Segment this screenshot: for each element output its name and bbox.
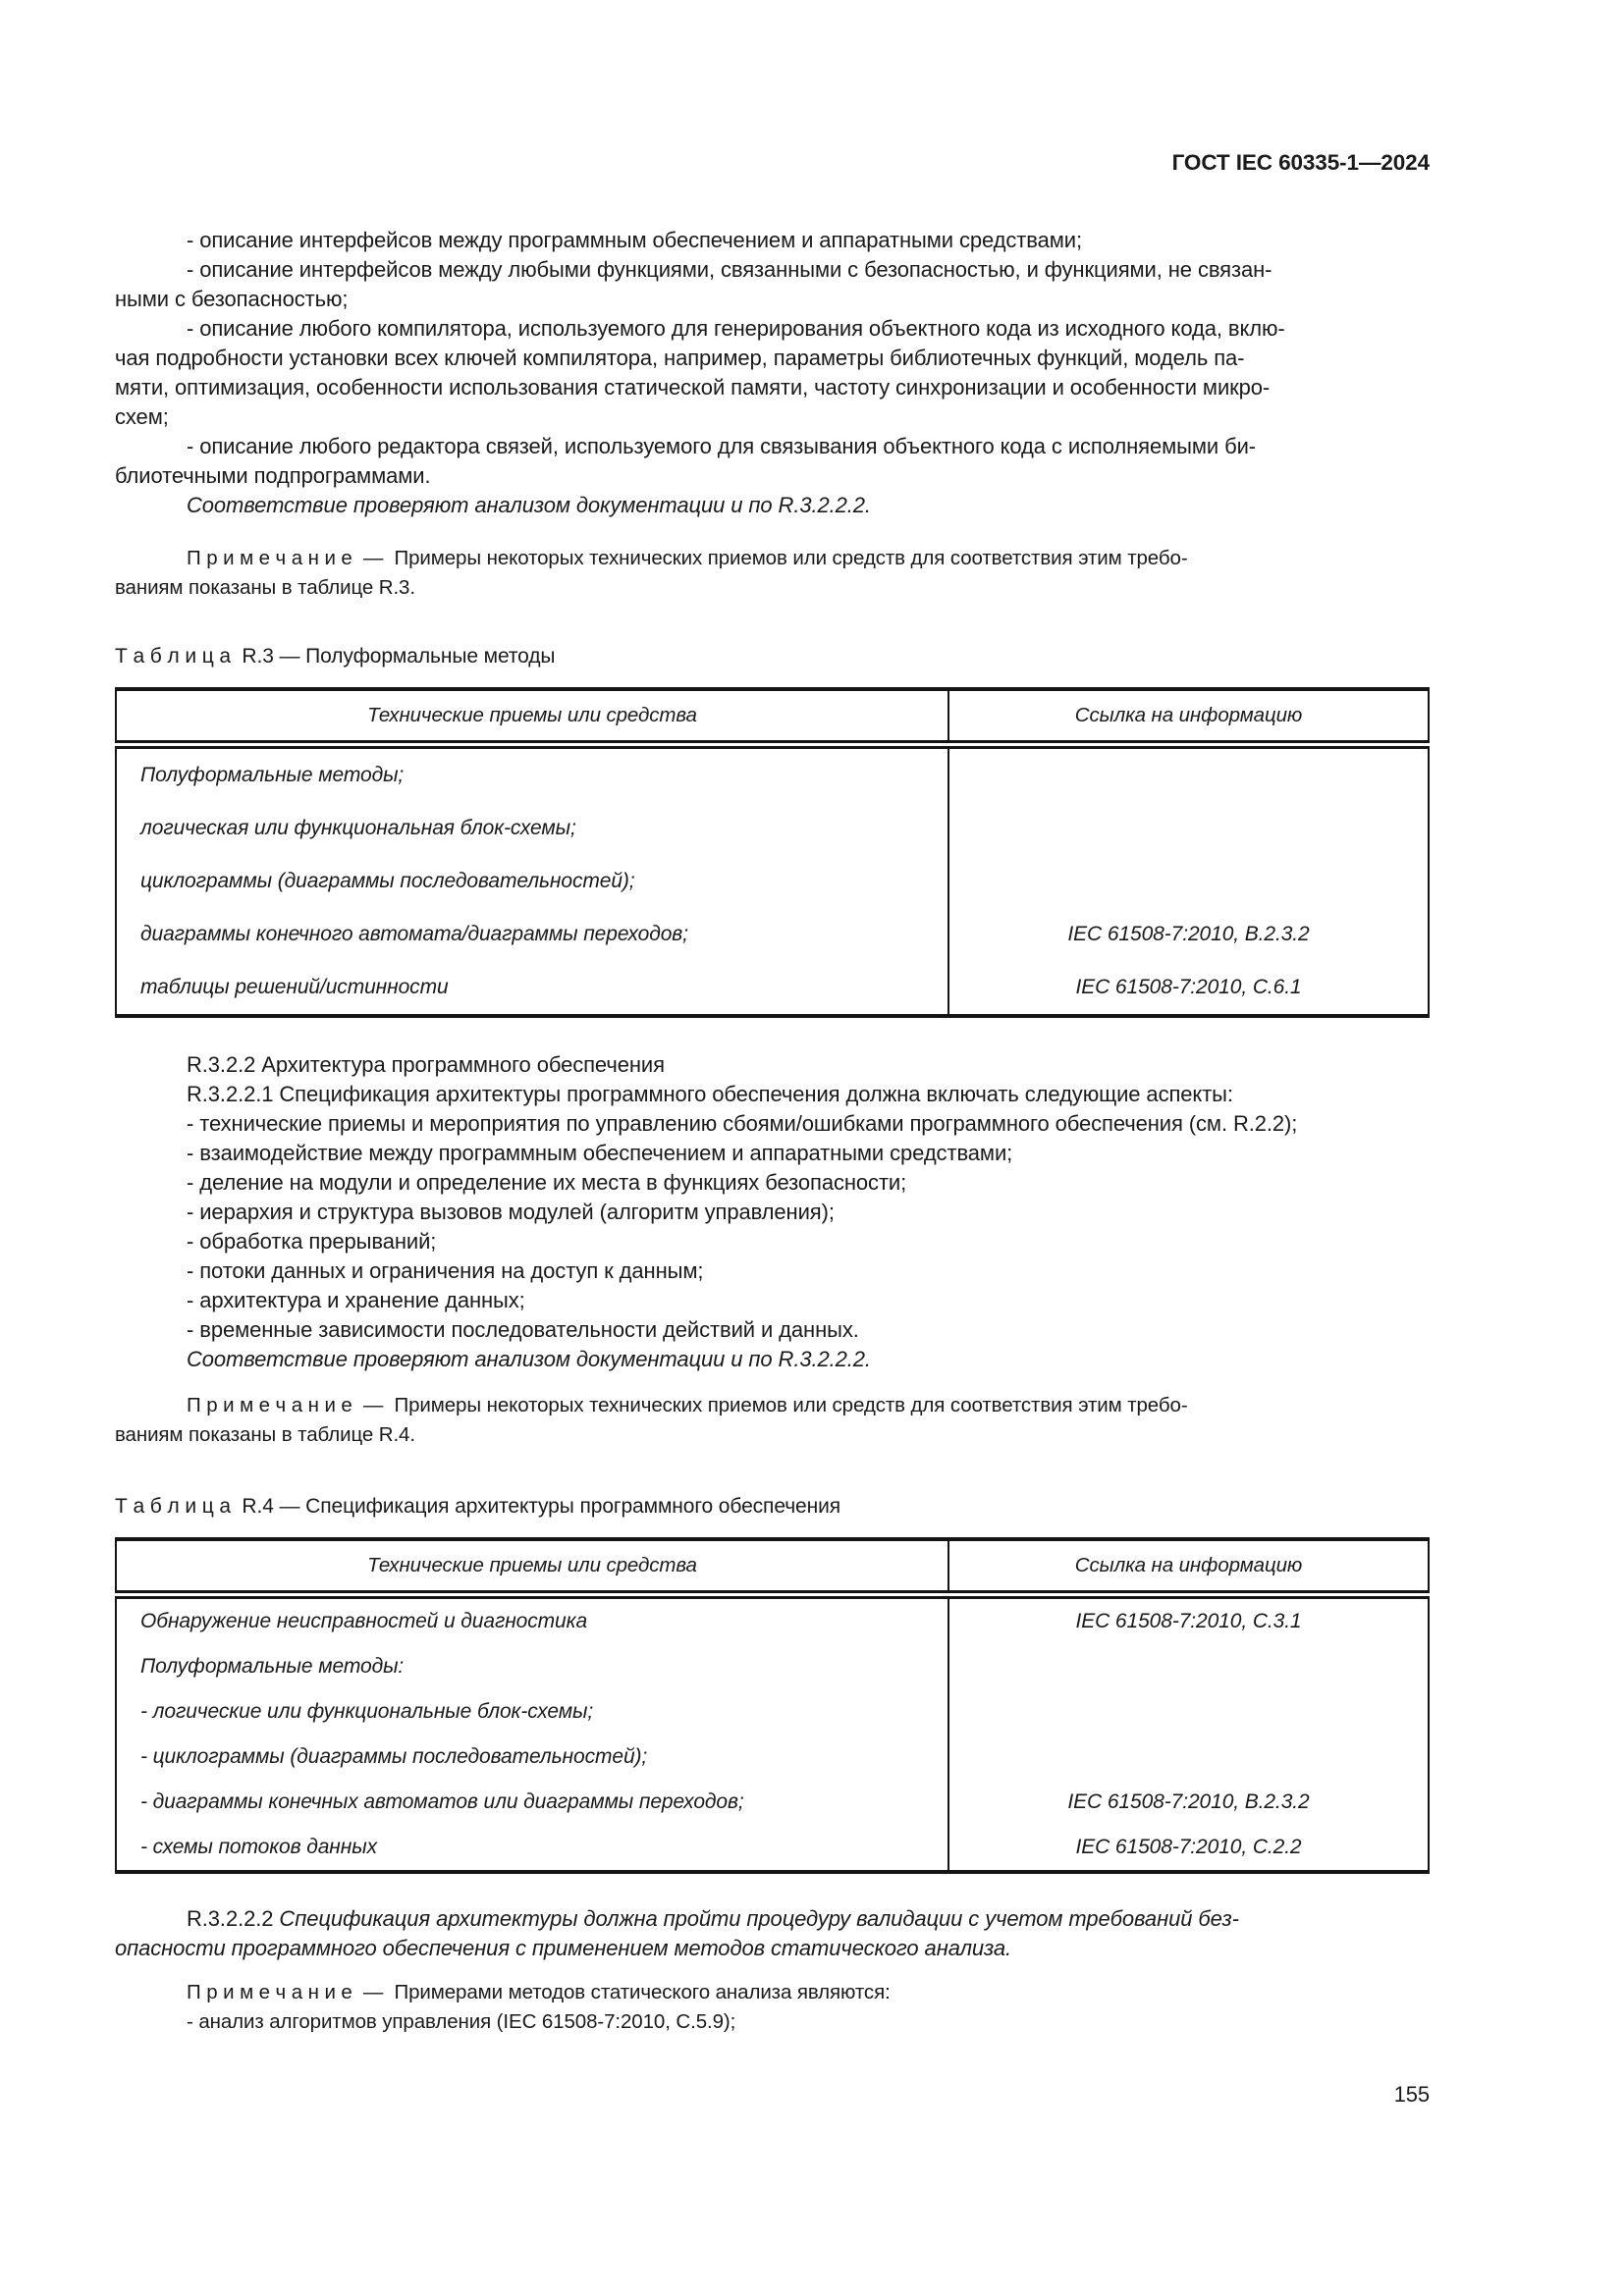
text-line: схем; <box>115 402 1430 432</box>
column-header-techniques: Технические приемы или средства <box>116 1539 948 1595</box>
table-row: Обнаружение неисправностей и диагностика… <box>116 1595 1429 1645</box>
text-line: чая подробности установки всех ключей ко… <box>115 344 1430 373</box>
note-1: П р и м е ч а н и е — Примеры некоторых … <box>115 544 1430 603</box>
reference-cell <box>948 802 1429 855</box>
reference-cell: IEC 61508-7:2010, B.2.3.2 <box>948 1780 1429 1825</box>
technique-cell: Полуформальные методы; <box>116 745 948 803</box>
reference-cell: IEC 61508-7:2010, C.2.2 <box>948 1825 1429 1872</box>
reference-cell <box>948 745 1429 803</box>
technique-cell: циклограммы (диаграммы последовательност… <box>116 855 948 908</box>
table-r4-caption: Т а б л и ц а R.4 — Спецификация архитек… <box>115 1492 1430 1522</box>
table-r4: Технические приемы или средства Ссылка н… <box>115 1537 1430 1874</box>
technique-cell: Обнаружение неисправностей и диагностика <box>116 1595 948 1645</box>
technique-cell: логическая или функциональная блок-схемы… <box>116 802 948 855</box>
text-line: Соответствие проверяют анализом документ… <box>115 1345 1430 1374</box>
text-line: П р и м е ч а н и е — Примерами методов … <box>115 1978 1430 2007</box>
column-header-techniques: Технические приемы или средства <box>116 689 948 745</box>
text-line: - анализ алгоритмов управления (IEC 6150… <box>115 2007 1430 2037</box>
technique-cell: - логические или функциональные блок-схе… <box>116 1689 948 1735</box>
table-r3-caption: Т а б л и ц а R.3 — Полуформальные метод… <box>115 642 1430 671</box>
technique-cell: - диаграммы конечных автоматов или диагр… <box>116 1780 948 1825</box>
clause-r3222-paragraph: R.3.2.2.2 Спецификация архитектуры должн… <box>115 1904 1430 1963</box>
technique-cell: Полуформальные методы: <box>116 1644 948 1689</box>
table-r3: Технические приемы или средства Ссылка н… <box>115 687 1430 1018</box>
text-line: мяти, оптимизация, особенности использов… <box>115 373 1430 402</box>
text-line: блиотечными подпрограммами. <box>115 461 1430 491</box>
text-line: R.3.2.2.2 Спецификация архитектуры должн… <box>115 1904 1430 1934</box>
table-row: - диаграммы конечных автоматов или диагр… <box>116 1780 1429 1825</box>
text-line: - иерархия и структура вызовов модулей (… <box>115 1198 1430 1227</box>
page-number: 155 <box>115 2080 1430 2109</box>
column-header-reference: Ссылка на информацию <box>948 689 1429 745</box>
text-line: R.3.2.2 Архитектура программного обеспеч… <box>115 1050 1430 1080</box>
text-line: ными с безопасностью; <box>115 285 1430 314</box>
text-line: - технические приемы и мероприятия по уп… <box>115 1109 1430 1139</box>
reference-cell: IEC 61508-7:2010, C.3.1 <box>948 1595 1429 1645</box>
reference-cell <box>948 1735 1429 1780</box>
text-line: - временные зависимости последовательнос… <box>115 1315 1430 1345</box>
text-line: П р и м е ч а н и е — Примеры некоторых … <box>115 544 1430 573</box>
text-line: - описание любого компилятора, используе… <box>115 314 1430 344</box>
table-row: таблицы решений/истинностиIEC 61508-7:20… <box>116 961 1429 1016</box>
note-3: П р и м е ч а н и е — Примерами методов … <box>115 1978 1430 2037</box>
table-row: диаграммы конечного автомата/диаграммы п… <box>116 908 1429 961</box>
reference-cell <box>948 855 1429 908</box>
text-line: - деление на модули и определение их мес… <box>115 1168 1430 1198</box>
table-row: - циклограммы (диаграммы последовательно… <box>116 1735 1429 1780</box>
reference-cell: IEC 61508-7:2010, B.2.3.2 <box>948 908 1429 961</box>
table-row: - схемы потоков данныхIEC 61508-7:2010, … <box>116 1825 1429 1872</box>
text-line: - описание интерфейсов между любыми функ… <box>115 255 1430 285</box>
technique-cell: - циклограммы (диаграммы последовательно… <box>116 1735 948 1780</box>
text-line: П р и м е ч а н и е — Примеры некоторых … <box>115 1391 1430 1420</box>
text-line: ваниям показаны в таблице R.4. <box>115 1420 1430 1450</box>
text-line: - архитектура и хранение данных; <box>115 1286 1430 1315</box>
column-header-reference: Ссылка на информацию <box>948 1539 1429 1595</box>
intro-paragraphs: - описание интерфейсов между программным… <box>115 226 1430 520</box>
text-line: - потоки данных и ограничения на доступ … <box>115 1256 1430 1286</box>
text-line: - обработка прерываний; <box>115 1227 1430 1256</box>
table-r4-header-row: Технические приемы или средства Ссылка н… <box>116 1539 1429 1595</box>
clause-number: R.3.2.2.2 <box>187 1906 279 1931</box>
text-line: - описание интерфейсов между программным… <box>115 226 1430 255</box>
technique-cell: диаграммы конечного автомата/диаграммы п… <box>116 908 948 961</box>
table-r3-header-row: Технические приемы или средства Ссылка н… <box>116 689 1429 745</box>
text-line: - взаимодействие между программным обесп… <box>115 1139 1430 1168</box>
table-row: Полуформальные методы; <box>116 745 1429 803</box>
text-line: - описание любого редактора связей, испо… <box>115 432 1430 461</box>
reference-cell <box>948 1689 1429 1735</box>
table-row: логическая или функциональная блок-схемы… <box>116 802 1429 855</box>
text-line: Соответствие проверяют анализом документ… <box>115 491 1430 520</box>
running-head-standard-code: ГОСТ IEC 60335-1—2024 <box>115 148 1430 178</box>
document-page: ГОСТ IEC 60335-1—2024 - описание интерфе… <box>0 0 1624 2296</box>
text-line: R.3.2.2.1 Спецификация архитектуры прогр… <box>115 1080 1430 1109</box>
section-r322-paragraphs: R.3.2.2 Архитектура программного обеспеч… <box>115 1050 1430 1374</box>
table-row: - логические или функциональные блок-схе… <box>116 1689 1429 1735</box>
text-line: опасности программного обеспечения с при… <box>115 1934 1430 1963</box>
reference-cell <box>948 1644 1429 1689</box>
table-row: Полуформальные методы: <box>116 1644 1429 1689</box>
technique-cell: таблицы решений/истинности <box>116 961 948 1016</box>
reference-cell: IEC 61508-7:2010, C.6.1 <box>948 961 1429 1016</box>
note-2: П р и м е ч а н и е — Примеры некоторых … <box>115 1391 1430 1450</box>
technique-cell: - схемы потоков данных <box>116 1825 948 1872</box>
table-row: циклограммы (диаграммы последовательност… <box>116 855 1429 908</box>
text-line: ваниям показаны в таблице R.3. <box>115 573 1430 603</box>
